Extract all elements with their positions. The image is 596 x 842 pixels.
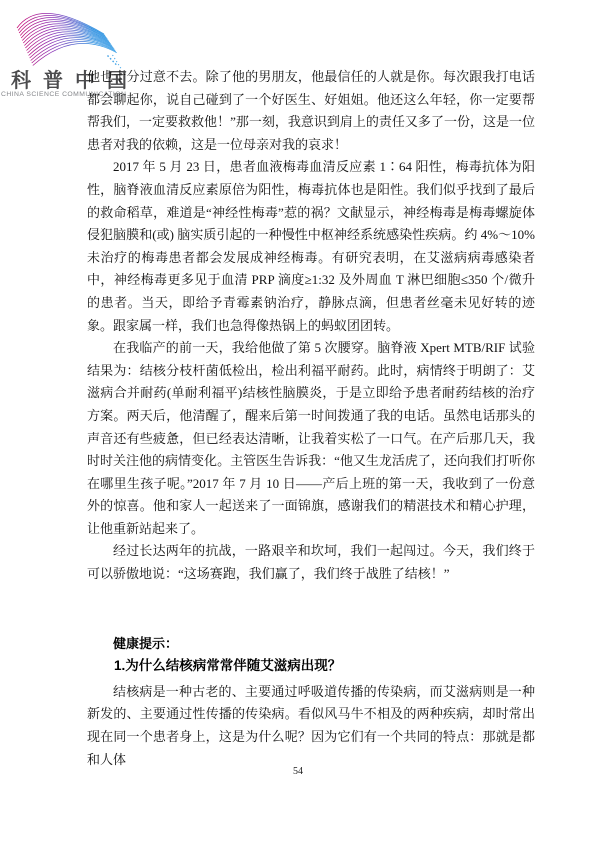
paragraph: 2017 年 5 月 23 日，患者血液梅毒血清反应素 1∶64 阳性，梅毒抗体… bbox=[87, 156, 535, 337]
paragraph-continuation: 他也十分过意不去。除了他的男朋友，他最信任的人就是你。每次跟我打电话都会聊起你，… bbox=[87, 66, 535, 156]
paragraph: 经过长达两年的抗战，一路艰辛和坎坷，我们一起闯过。今天，我们终于可以骄傲地说：“… bbox=[87, 540, 535, 585]
document-page: 科普中国 CHINA SCIENCE COMMUNICATION 他也十分过意不… bbox=[0, 0, 596, 842]
paragraph: 在我临产的前一天，我给他做了第 5 次腰穿。脑脊液 Xpert MTB/RIF … bbox=[87, 337, 535, 540]
page-number: 54 bbox=[0, 766, 596, 777]
health-tips-question-1: 1.为什么结核病常常伴随艾滋病出现？ bbox=[87, 655, 535, 678]
section-gap bbox=[87, 586, 535, 633]
wave-swoosh-icon bbox=[14, 6, 126, 74]
document-body: 他也十分过意不去。除了他的男朋友，他最信任的人就是你。每次跟我打电话都会聊起你，… bbox=[87, 66, 535, 771]
health-tips-heading: 健康提示： bbox=[87, 633, 535, 656]
paragraph: 结核病是一种古老的、主要通过呼吸道传播的传染病，而艾滋病则是一种新发的、主要通过… bbox=[87, 681, 535, 771]
